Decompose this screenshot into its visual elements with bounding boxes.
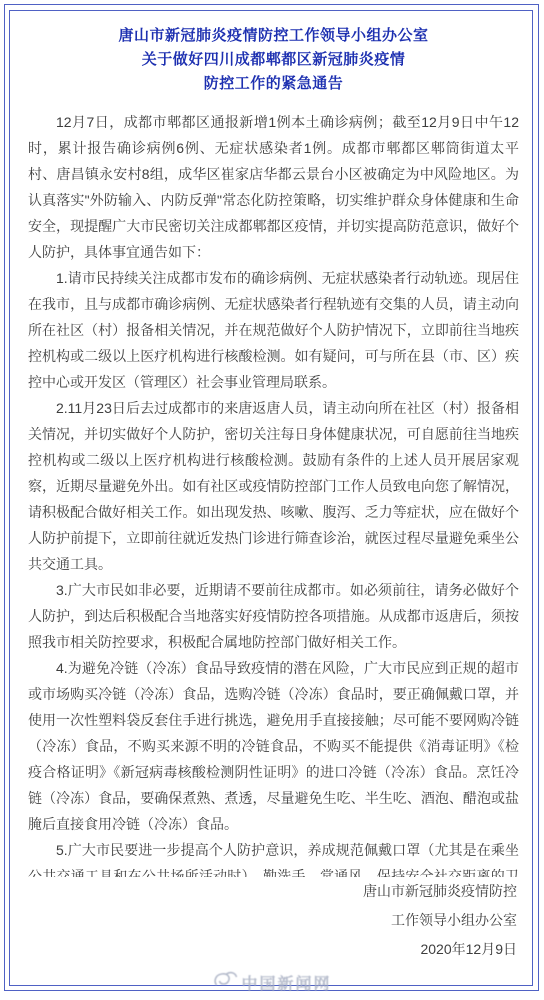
watermark-text: 中国新闻网 xyxy=(241,971,331,994)
paragraph-item-4: 4.为避免冷链（冷冻）食品导致疫情的潜在风险，广大市民应到正规的超市或市场购买冷… xyxy=(28,655,519,837)
title-line-issuer: 唐山市新冠肺炎疫情防控工作领导小组办公室 xyxy=(28,24,519,48)
paragraph-item-2: 2.11月23日后去过成都市的来唐返唐人员，请主动向所在社区（村）报备相关情况，… xyxy=(28,395,519,577)
paragraph-item-5: 5.广大市民要进一步提高个人防护意识，养成规范佩戴口罩（尤其是在乘坐公共交通工具… xyxy=(28,837,519,877)
signature-block: 唐山市新冠肺炎疫情防控 工作领导小组办公室 2020年12月9日 xyxy=(28,877,519,964)
title-line-type: 防控工作的紧急通告 xyxy=(28,72,519,96)
title-line-subject: 关于做好四川成都郫都区新冠肺炎疫情 xyxy=(28,48,519,72)
signature-org-line-1: 唐山市新冠肺炎疫情防控 xyxy=(28,877,517,906)
document-content: 唐山市新冠肺炎疫情防控工作领导小组办公室 关于做好四川成都郫都区新冠肺炎疫情 防… xyxy=(28,24,519,964)
signature-date: 2020年12月9日 xyxy=(28,935,517,964)
paragraph-item-3: 3.广大市民如非必要，近期请不要前往成都市。如必须前往，请务必做好个人防护，到达… xyxy=(28,577,519,655)
signature-org-line-2: 工作领导小组办公室 xyxy=(28,906,517,935)
news-site-watermark: 中国新闻网 xyxy=(212,969,331,996)
paragraph-intro: 12月7日，成都市郫都区通报新增1例本土确诊病例；截至12月9日中午12时，累计… xyxy=(28,109,519,265)
notice-document-page: 唐山市新冠肺炎疫情防控工作领导小组办公室 关于做好四川成都郫都区新冠肺炎疫情 防… xyxy=(0,0,544,1000)
document-title: 唐山市新冠肺炎疫情防控工作领导小组办公室 关于做好四川成都郫都区新冠肺炎疫情 防… xyxy=(28,24,519,96)
document-body: 12月7日，成都市郫都区通报新增1例本土确诊病例；截至12月9日中午12时，累计… xyxy=(28,109,519,877)
swirl-logo-icon xyxy=(212,969,238,996)
paragraph-item-1: 1.请市民持续关注成都市发布的确诊病例、无症状感染者行动轨迹。现居住在我市，且与… xyxy=(28,265,519,395)
